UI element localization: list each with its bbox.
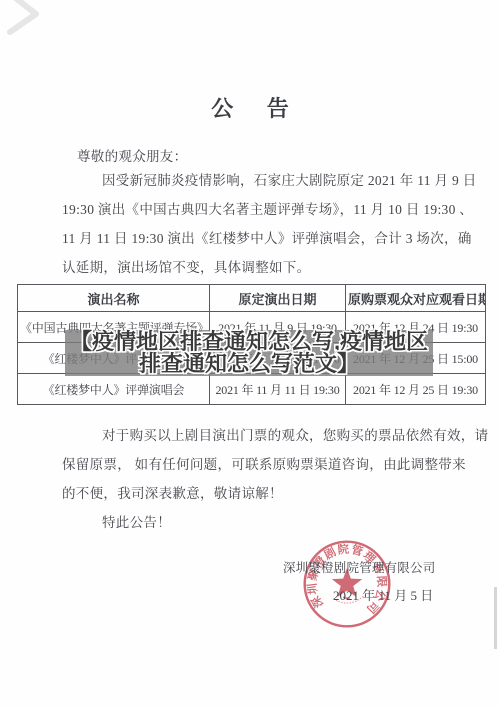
paragraph-line: 认延期，演出场馆不变，具体调整如下。	[62, 253, 442, 282]
table-cell-show-name: 《红楼梦中人》评弹演唱会	[18, 374, 210, 405]
signature-date: 2021 年 11 月 5 日	[333, 585, 433, 604]
announcement-title: 公 告	[0, 92, 500, 123]
signature-company: 深圳聚橙剧院管理有限公司	[283, 558, 435, 576]
paragraph-line: 因受新冠肺炎疫情影响，石家庄大剧院原定 2021 年 11 月 9 日	[62, 166, 442, 195]
corner-fold-mark-icon	[6, 0, 50, 40]
table-row: 《红楼梦中人》评弹演唱会 2021 年 11 月 11 日 19:30 2021…	[18, 374, 486, 405]
watermark-overlay: 【疫情地区排查通知怎么写,疫情地区 排查通知怎么写范文】	[65, 330, 433, 376]
paragraph-1: 因受新冠肺炎疫情影响，石家庄大剧院原定 2021 年 11 月 9 日 19:3…	[62, 166, 442, 282]
paragraph-line: 保留原票， 如有任何问题，可联系原购票渠道咨询，由此调整带来	[62, 450, 442, 479]
watermark-text-line: 排查通知怎么写范文】	[139, 353, 359, 375]
paragraph-line: 对于购买以上剧目演出门票的观众，您购买的票品依然有效，请	[62, 421, 442, 450]
watermark-text-line: 【疫情地区排查通知怎么写,疫情地区	[70, 331, 428, 353]
paragraph-line: 19:30 演出《中国古典四大名著主题评弹专场》，11 月 10 日 19:30…	[62, 195, 442, 224]
table-cell-new-date: 2021 年 12 月 25 日 19:30	[346, 374, 486, 405]
paragraph-2: 对于购买以上剧目演出门票的观众，您购买的票品依然有效，请 保留原票， 如有任何问…	[62, 421, 442, 508]
table-header-row: 演出名称 原定演出日期 原购票观众对应观看日期	[18, 285, 486, 312]
table-header-new-date: 原购票观众对应观看日期	[346, 285, 486, 312]
table-header-original-date: 原定演出日期	[210, 285, 346, 312]
scanned-announcement-page: 公 告 尊敬的观众朋友： 因受新冠肺炎疫情影响，石家庄大剧院原定 2021 年 …	[0, 0, 500, 707]
closing-statement: 特此公告！	[102, 508, 482, 537]
scan-artifact-line	[494, 587, 497, 649]
table-header-show-name: 演出名称	[18, 285, 210, 312]
paragraph-line: 的不便，我司深表歉意，敬请谅解！	[62, 479, 442, 508]
table-cell-original-date: 2021 年 11 月 11 日 19:30	[210, 374, 346, 405]
company-seal-stamp: 深圳聚橙剧院管理有限公司 *************	[300, 537, 394, 631]
paragraph-line: 11 月 11 日 19:30 演出《红楼梦中人》评弹演唱会，合计 3 场次，确	[62, 224, 442, 253]
